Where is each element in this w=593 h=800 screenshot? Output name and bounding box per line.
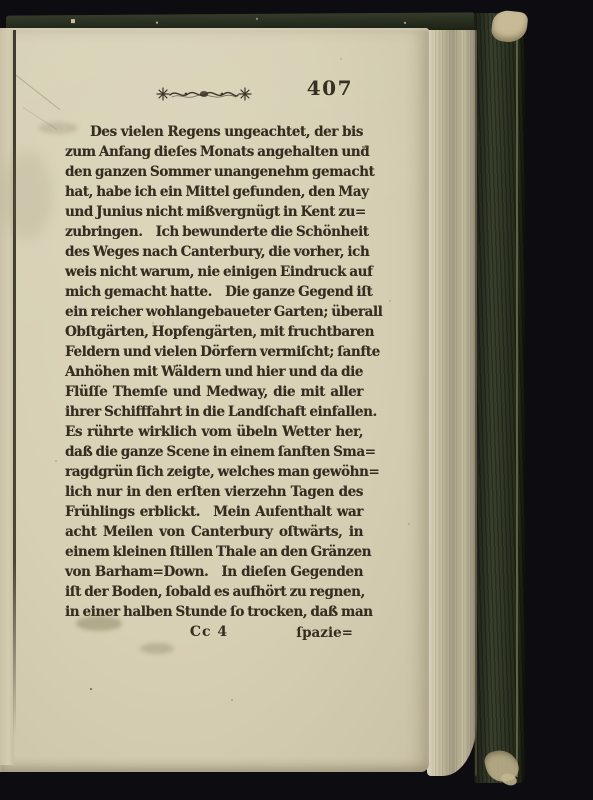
book-photo: 407 Des vielen Regens ungeachtet, der bi…: [0, 0, 593, 800]
text-line: Des vielen Regens ungeachtet, der bis: [65, 122, 363, 142]
text-line: ein reicher wohlangebaueter Garten; über…: [65, 302, 363, 322]
text-line: Flüſſe Themſe und Medway, die mit aller: [65, 382, 363, 402]
text-line: mich gemacht hatte. Die ganze Gegend iſt: [65, 282, 363, 302]
text-line: Obſtgärten, Hopfengärten, mit fruchtbare…: [65, 322, 363, 342]
show-through-smudge: [2, 150, 52, 240]
text-line: Feldern und vielen Dörfern vermiſcht; ſa…: [65, 342, 363, 362]
text-line: des Weges nach Canterbury, die vorher, i…: [65, 242, 363, 262]
text-line: iſt der Boden, ſobald es aufhört zu regn…: [65, 582, 363, 602]
text-line: Frühlings erblickt. Mein Aufenthalt war: [65, 502, 363, 522]
cover-edge-highlight: [516, 15, 518, 777]
page-fore-edge-stack: [427, 30, 477, 776]
text-line: hat, habe ich ein Mittel gefunden, den M…: [65, 182, 363, 202]
text-line: und Junius nicht mißvergnügt in Kent zu=: [65, 202, 363, 222]
ink-mark: [362, 146, 369, 148]
text-line: zubringen. Ich bewunderte die Schönheit: [65, 222, 363, 242]
page-header: 407: [65, 78, 363, 106]
text-line: von Barham=Down. In dieſen Gegenden: [65, 562, 363, 582]
text-line: ihrer Schifffahrt in die Landſchaft einf…: [65, 402, 363, 422]
gutter-shadow: [13, 30, 16, 738]
text-line: daß die ganze Scene in einem ſanften Sma…: [65, 442, 363, 462]
book-cover-right-edge: [474, 13, 525, 783]
signature-mark: Cc 4: [190, 624, 228, 640]
text-line: den ganzen Sommer unangenehm gemacht: [65, 162, 363, 182]
text-line: zum Anfang dieſes Monats angehalten und: [65, 142, 363, 162]
body-text: Des vielen Regens ungeachtet, der biszum…: [65, 122, 363, 622]
facing-page-sliver: [0, 30, 14, 765]
text-line: Anhöhen mit Wäldern und hier und da die: [65, 362, 363, 382]
text-line: lich nur in den erſten vierzehn Tagen de…: [65, 482, 363, 502]
text-line: einem kleinen ſtillen Thale an den Gränz…: [65, 542, 363, 562]
text-line: ragdgrün ſich zeigte, welches man gewöhn…: [65, 462, 363, 482]
text-line: acht Meilen von Canterbury oſtwärts, in: [65, 522, 363, 542]
page-number: 407: [307, 76, 353, 100]
catchword: ſpazie=: [296, 625, 353, 641]
show-through-smudge: [76, 616, 122, 631]
show-through-smudge: [38, 122, 78, 134]
printed-content: 407 Des vielen Regens ungeachtet, der bi…: [65, 78, 363, 644]
text-line: weis nicht warum, nie einigen Eindruck a…: [65, 262, 363, 282]
text-line: Es rührte wirklich vom übeln Wetter her,: [65, 422, 363, 442]
foxing-specks: [0, 0, 2, 2]
show-through-smudge: [140, 643, 174, 654]
header-ornament-icon: [156, 86, 252, 102]
